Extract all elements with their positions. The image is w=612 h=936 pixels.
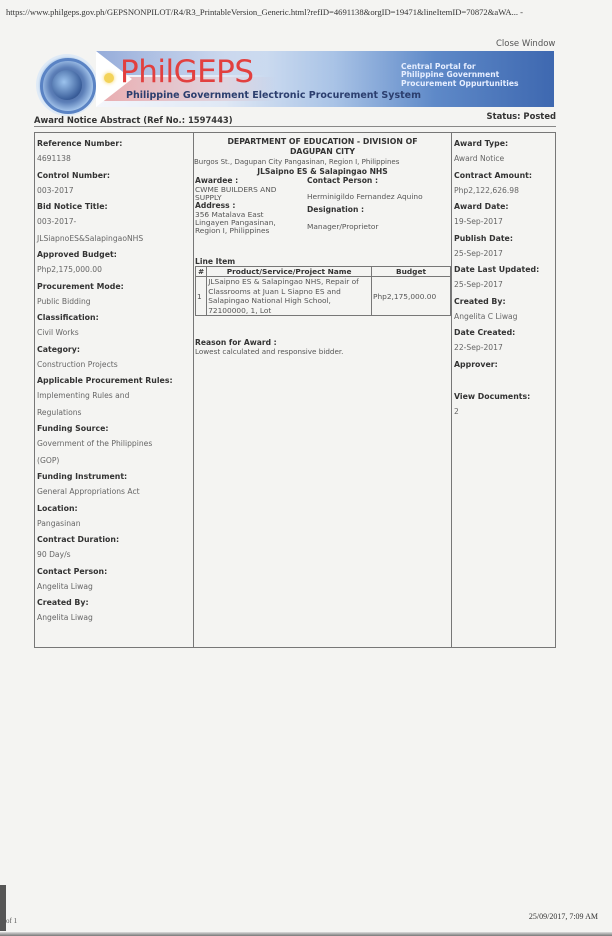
line-item-number: 1 bbox=[196, 277, 207, 316]
left-funding-source-value: Government of the Philippines bbox=[37, 436, 191, 453]
right-created-by-label: Created By: bbox=[454, 294, 553, 309]
address-line: Region I, Philippines bbox=[195, 227, 307, 235]
left-reference-number-value: 4691138 bbox=[37, 151, 191, 168]
agency-name-line: DAGUPAN CITY bbox=[194, 147, 451, 157]
right-contract-amount-value: Php2,122,626.98 bbox=[454, 183, 553, 200]
left-applicable-procurement-rules-value: Implementing Rules and bbox=[37, 388, 191, 405]
line-item-budget: Php2,175,000.00 bbox=[372, 277, 451, 316]
left-details-column: Reference Number:4691138Control Number:0… bbox=[35, 133, 194, 647]
awardee-value: CWME BUILDERS AND SUPPLY bbox=[195, 186, 307, 203]
address-value: 356 Matalava East Lingayen Pangasinan, R… bbox=[195, 211, 307, 236]
left-procurement-mode-label: Procurement Mode: bbox=[37, 279, 191, 294]
portal-tagline: Central Portal for Philippine Government… bbox=[401, 63, 519, 88]
awardee-section: Awardee : CWME BUILDERS AND SUPPLY Addre… bbox=[194, 177, 451, 235]
left-location-label: Location: bbox=[37, 501, 191, 516]
reason-for-award-label: Reason for Award : bbox=[194, 338, 451, 347]
right-approver-value bbox=[454, 372, 553, 389]
left-bid-notice-title-value: JLSiapnoES&SalapingaoNHS bbox=[37, 231, 191, 248]
left-approved-budget-value: Php2,175,000.00 bbox=[37, 262, 191, 279]
award-notice-table: Reference Number:4691138Control Number:0… bbox=[34, 132, 556, 648]
left-contact-person-value: Angelita Liwag bbox=[37, 579, 191, 596]
left-bid-notice-title-label: Bid Notice Title: bbox=[37, 199, 191, 214]
left-contract-duration-value: 90 Day/s bbox=[37, 547, 191, 564]
right-award-date-label: Award Date: bbox=[454, 199, 553, 214]
reason-for-award-value: Lowest calculated and responsive bidder. bbox=[194, 347, 451, 356]
line-items-table: # Product/Service/Project Name Budget 1 … bbox=[195, 266, 451, 316]
line-item-name: JLSaipno ES & Salapingao NHS, Repair of … bbox=[207, 277, 372, 316]
page-number: of 1 bbox=[6, 917, 17, 925]
right-date-last-updated-value: 25-Sep-2017 bbox=[454, 277, 553, 294]
contact-person-value: Herminigildo Fernandez Aquino bbox=[307, 192, 451, 201]
left-classification-label: Classification: bbox=[37, 310, 191, 325]
portal-line: Procurement Oppurtunities bbox=[401, 80, 519, 88]
sun-icon bbox=[104, 73, 114, 83]
table-row: 1 JLSaipno ES & Salapingao NHS, Repair o… bbox=[196, 277, 451, 316]
left-created-by-label: Created By: bbox=[37, 595, 191, 610]
left-control-number-label: Control Number: bbox=[37, 168, 191, 183]
brand-subtitle: Philippine Government Electronic Procure… bbox=[126, 90, 421, 101]
left-applicable-procurement-rules-label: Applicable Procurement Rules: bbox=[37, 373, 191, 388]
right-date-created-label: Date Created: bbox=[454, 325, 553, 340]
left-applicable-procurement-rules-value: Regulations bbox=[37, 405, 191, 422]
print-datetime: 25/09/2017, 7:09 AM bbox=[529, 912, 598, 921]
line-item-label: Line Item bbox=[194, 257, 451, 266]
agency-address: Burgos St., Dagupan City Pangasinan, Reg… bbox=[194, 158, 451, 167]
divider bbox=[34, 126, 556, 127]
right-created-by-value: Angelita C Liwag bbox=[454, 309, 553, 326]
status-badge: Status: Posted bbox=[487, 111, 556, 121]
left-category-label: Category: bbox=[37, 342, 191, 357]
left-approved-budget-label: Approved Budget: bbox=[37, 247, 191, 262]
right-publish-date-value: 25-Sep-2017 bbox=[454, 246, 553, 263]
middle-details-column: DEPARTMENT OF EDUCATION - DIVISION OF DA… bbox=[194, 133, 452, 647]
left-funding-instrument-value: General Appropriations Act bbox=[37, 484, 191, 501]
right-approver-label: Approver: bbox=[454, 357, 553, 372]
left-reference-number-label: Reference Number: bbox=[37, 136, 191, 151]
left-classification-value: Civil Works bbox=[37, 325, 191, 342]
right-award-date-value: 19-Sep-2017 bbox=[454, 214, 553, 231]
left-category-value: Construction Projects bbox=[37, 357, 191, 374]
designation-value: Manager/Proprietor bbox=[307, 222, 451, 231]
philgeps-banner: PhilGEPS Philippine Government Electroni… bbox=[96, 51, 554, 107]
right-publish-date-label: Publish Date: bbox=[454, 231, 553, 246]
designation-label: Designation : bbox=[307, 206, 451, 215]
right-details-column: Award Type:Award NoticeContract Amount:P… bbox=[452, 133, 555, 647]
column-header-name: Product/Service/Project Name bbox=[207, 267, 372, 277]
agency-name-line: DEPARTMENT OF EDUCATION - DIVISION OF bbox=[194, 137, 451, 147]
right-contract-amount-label: Contract Amount: bbox=[454, 168, 553, 183]
left-bid-notice-title-value: 003-2017- bbox=[37, 214, 191, 231]
column-header-budget: Budget bbox=[372, 267, 451, 277]
globe-icon bbox=[52, 70, 82, 100]
left-funding-instrument-label: Funding Instrument: bbox=[37, 469, 191, 484]
right-date-last-updated-label: Date Last Updated: bbox=[454, 262, 553, 277]
page-url: https://www.philgeps.gov.ph/GEPSNONPILOT… bbox=[6, 7, 606, 17]
scan-edge bbox=[0, 932, 612, 936]
right-date-created-value: 22-Sep-2017 bbox=[454, 340, 553, 357]
brand-name: PhilGEPS bbox=[120, 54, 254, 90]
philgeps-seal-logo-icon bbox=[36, 54, 98, 116]
right-view-documents-value[interactable]: 2 bbox=[454, 404, 553, 421]
project-name: JLSaipno ES & Salapingao NHS bbox=[194, 167, 451, 176]
right-award-type-label: Award Type: bbox=[454, 136, 553, 151]
left-created-by-value: Angelita Liwag bbox=[37, 610, 191, 627]
left-procurement-mode-value: Public Bidding bbox=[37, 294, 191, 311]
contact-person-label: Contact Person : bbox=[307, 177, 451, 186]
left-contract-duration-label: Contract Duration: bbox=[37, 532, 191, 547]
right-award-type-value: Award Notice bbox=[454, 151, 553, 168]
left-control-number-value: 003-2017 bbox=[37, 183, 191, 200]
right-view-documents-label: View Documents: bbox=[454, 389, 553, 404]
page-title: Award Notice Abstract (Ref No.: 1597443) bbox=[34, 115, 233, 125]
left-funding-source-value: (GOP) bbox=[37, 453, 191, 470]
close-window-link[interactable]: Close Window bbox=[496, 39, 555, 49]
column-header-number: # bbox=[196, 267, 207, 277]
left-funding-source-label: Funding Source: bbox=[37, 421, 191, 436]
left-location-value: Pangasinan bbox=[37, 516, 191, 533]
agency-name: DEPARTMENT OF EDUCATION - DIVISION OF DA… bbox=[194, 137, 451, 156]
left-contact-person-label: Contact Person: bbox=[37, 564, 191, 579]
